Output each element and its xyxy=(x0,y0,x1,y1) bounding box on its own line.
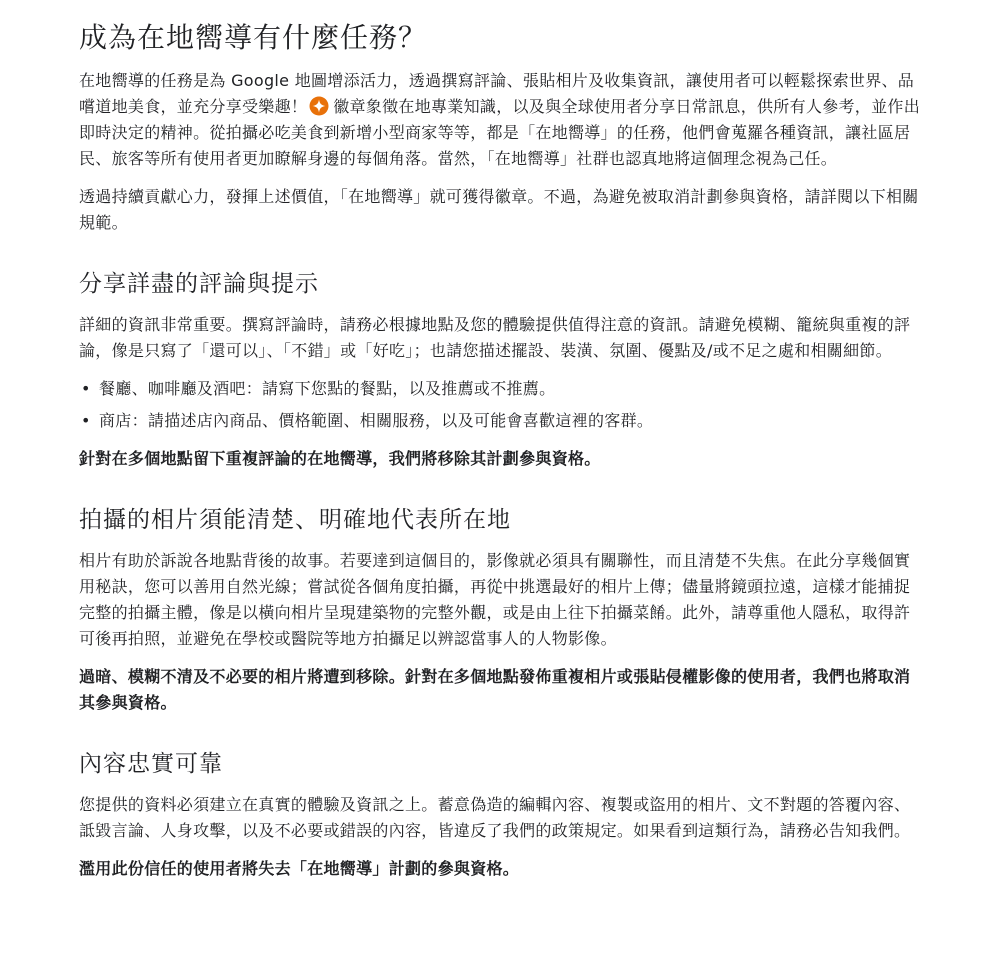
section-warning: 針對在多個地點留下重複評論的在地嚮導，我們將移除其計劃參與資格。 xyxy=(79,446,921,472)
bullet-icon: • xyxy=(81,376,91,402)
section-body: 相片有助於訴說各地點背後的故事。若要達到這個目的，影像就必須具有關聯性，而且清楚… xyxy=(79,548,921,652)
list-item-text: 餐廳、咖啡廳及酒吧：請寫下您點的餐點，以及推薦或不推薦。 xyxy=(99,379,555,398)
list-item: •餐廳、咖啡廳及酒吧：請寫下您點的餐點，以及推薦或不推薦。 xyxy=(79,376,921,402)
section-heading: 拍攝的相片須能清楚、明確地代表所在地 xyxy=(79,502,921,538)
document-page: 成為在地嚮導有什麼任務？ 在地嚮導的任務是為 Google 地圖增添活力，透過撰… xyxy=(0,0,921,882)
section-photos: 拍攝的相片須能清楚、明確地代表所在地 相片有助於訴說各地點背後的故事。若要達到這… xyxy=(79,502,921,716)
tips-list: •餐廳、咖啡廳及酒吧：請寫下您點的餐點，以及推薦或不推薦。 •商店：請描述店內商… xyxy=(79,376,921,434)
section-body: 您提供的資料必須建立在真實的體驗及資訊之上。蓄意偽造的編輯內容、複製或盜用的相片… xyxy=(79,792,921,844)
section-heading: 分享詳盡的評論與提示 xyxy=(79,266,921,302)
section-heading: 內容忠實可靠 xyxy=(79,746,921,782)
list-item: •商店：請描述店內商品、價格範圍、相關服務，以及可能會喜歡這裡的客群。 xyxy=(79,408,921,434)
local-guides-badge-icon xyxy=(309,96,329,116)
section-warning: 濫用此份信任的使用者將失去「在地嚮導」計劃的參與資格。 xyxy=(79,856,921,882)
section-authentic-content: 內容忠實可靠 您提供的資料必須建立在真實的體驗及資訊之上。蓄意偽造的編輯內容、複… xyxy=(79,746,921,882)
section-body: 詳細的資訊非常重要。撰寫評論時，請務必根據地點及您的體驗提供值得注意的資訊。請避… xyxy=(79,312,921,364)
bullet-icon: • xyxy=(81,408,91,434)
page-title: 成為在地嚮導有什麼任務？ xyxy=(79,18,921,58)
intro-paragraph: 在地嚮導的任務是為 Google 地圖增添活力，透過撰寫評論、張貼相片及收集資訊… xyxy=(79,68,921,172)
list-item-text: 商店：請描述店內商品、價格範圍、相關服務，以及可能會喜歡這裡的客群。 xyxy=(99,411,653,430)
section-warning: 過暗、模糊不清及不必要的相片將遭到移除。針對在多個地點發佈重複相片或張貼侵權影像… xyxy=(79,664,921,716)
section-reviews: 分享詳盡的評論與提示 詳細的資訊非常重要。撰寫評論時，請務必根據地點及您的體驗提… xyxy=(79,266,921,472)
intro-paragraph-2: 透過持續貢獻心力，發揮上述價值，「在地嚮導」就可獲得徽章。不過，為避免被取消計劃… xyxy=(79,184,921,236)
